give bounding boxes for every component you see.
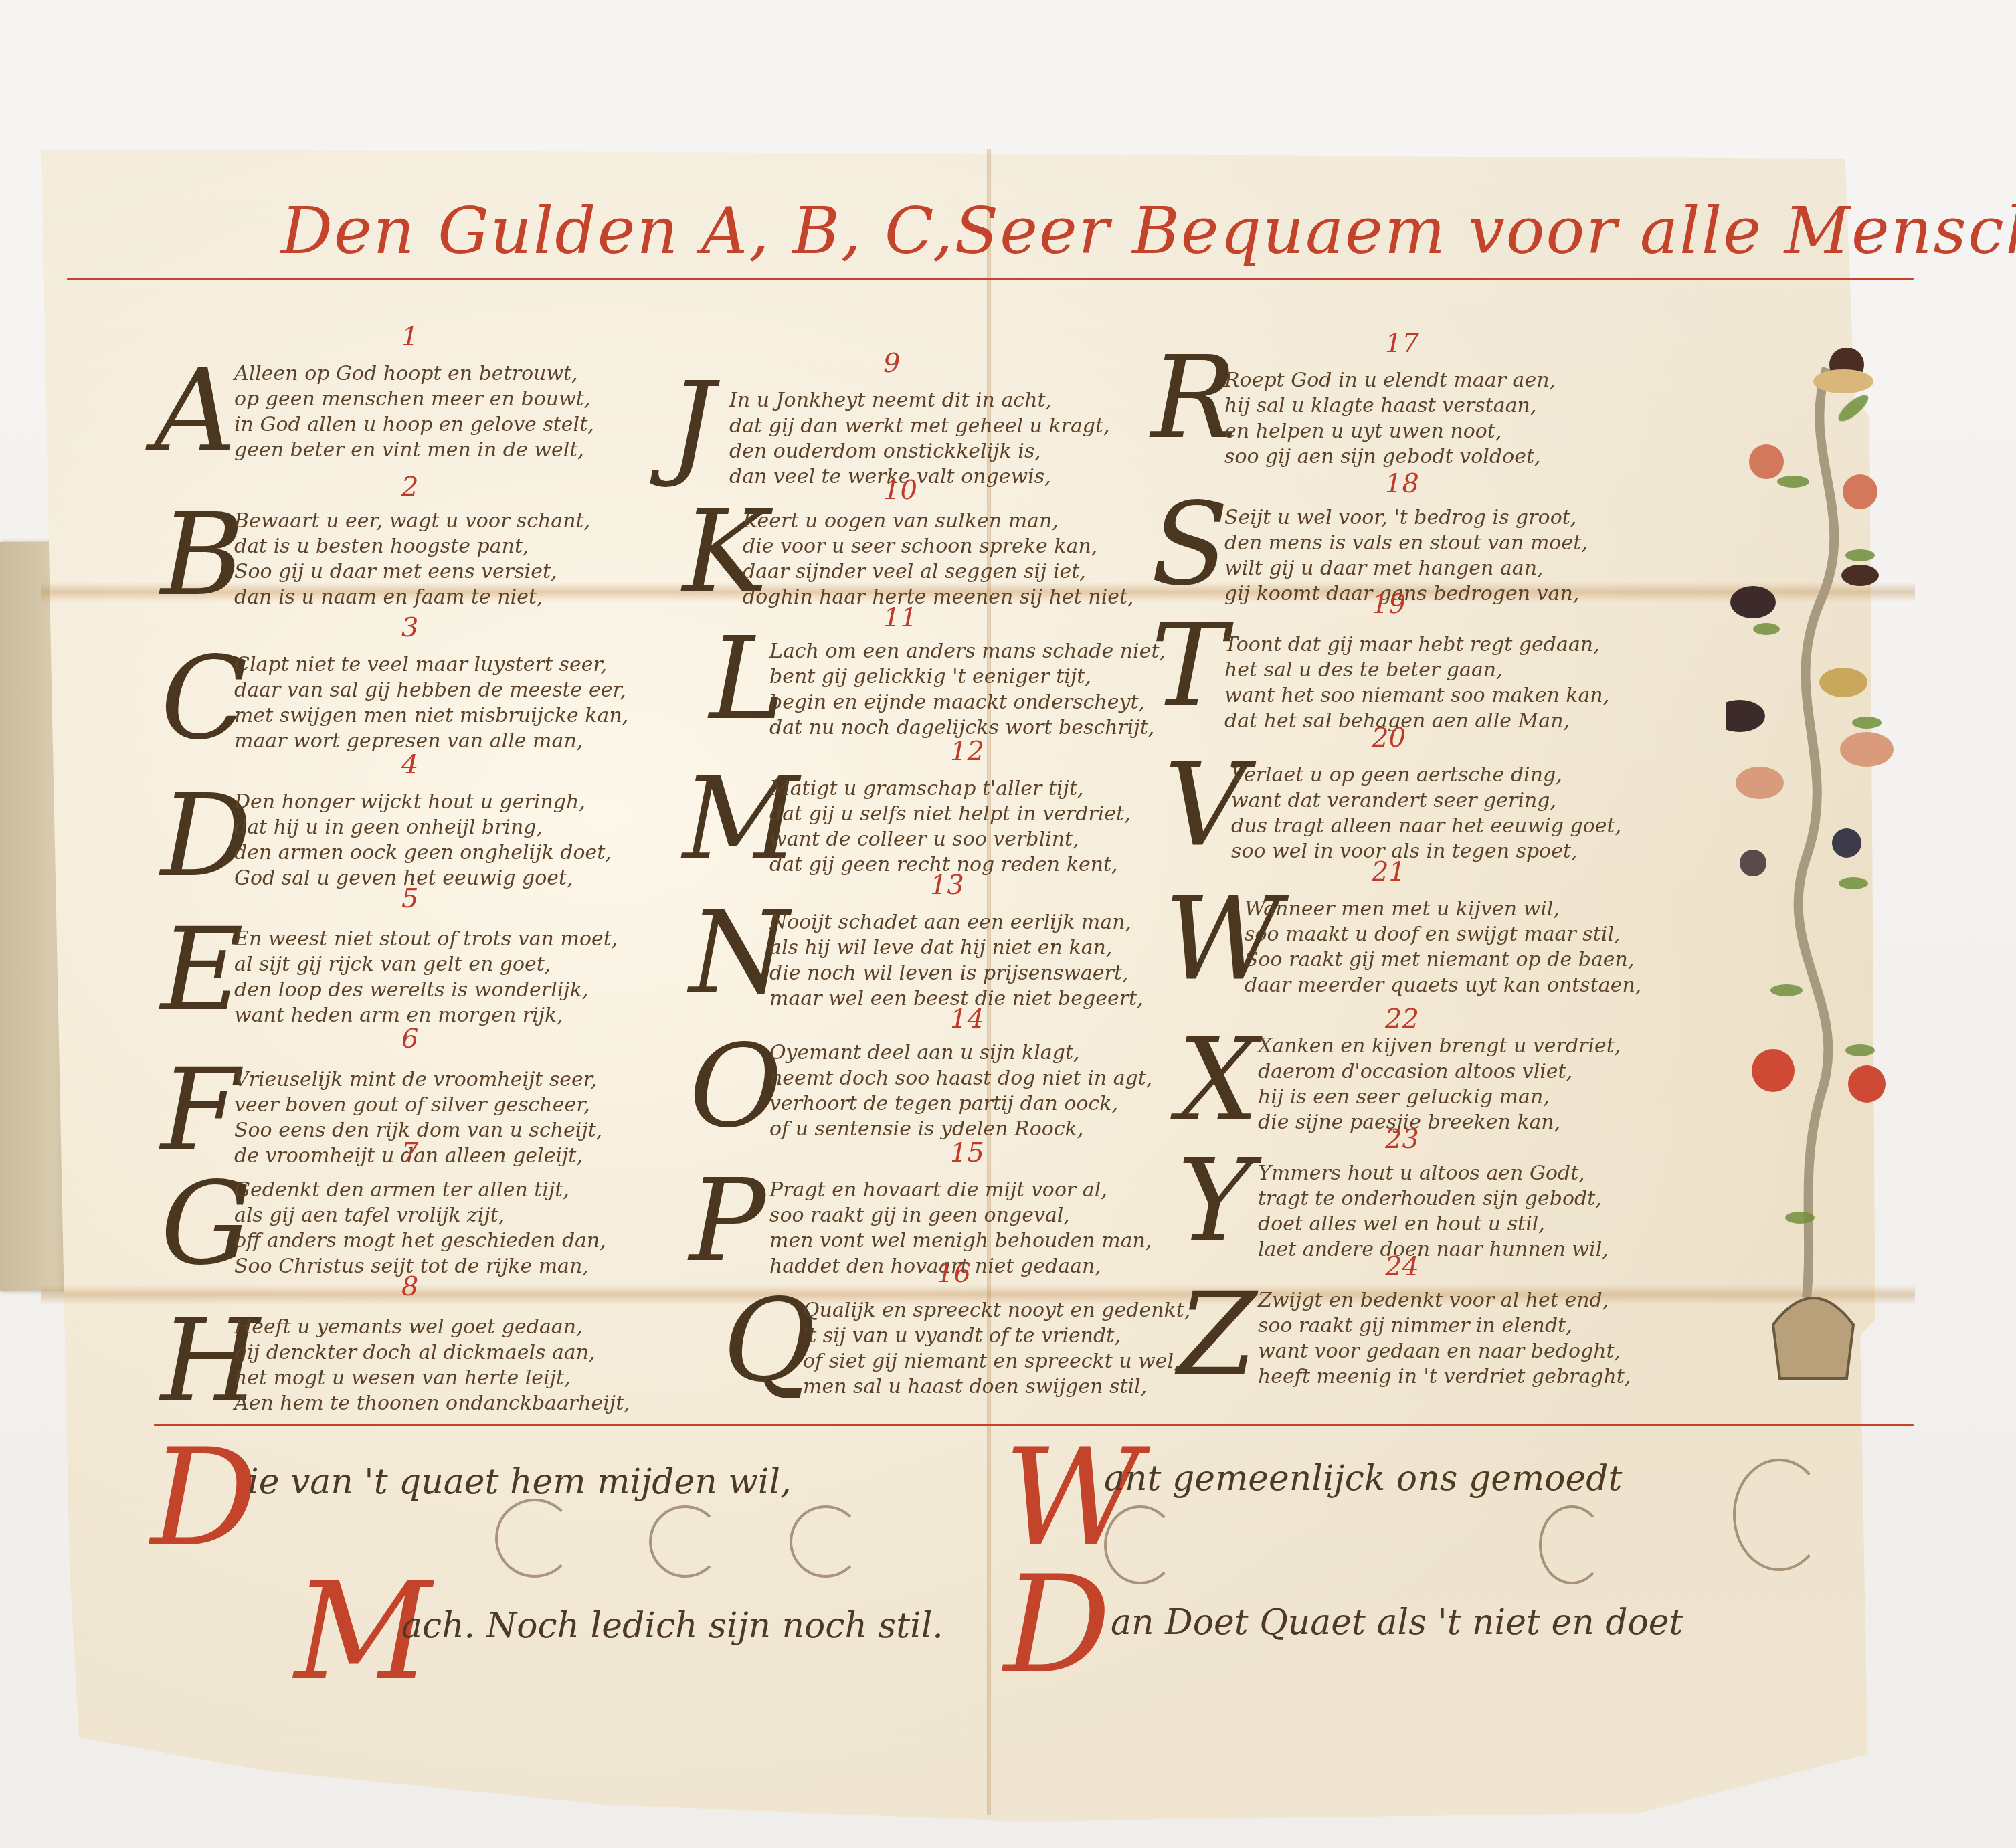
footer-line: an Doet Quaet als 't niet en doet	[1111, 1602, 1683, 1643]
footer-initial: D	[151, 1432, 258, 1566]
entry-number: 15	[950, 1137, 984, 1168]
verse: Xanken en kijven brengt u verdriet,daero…	[1258, 1034, 1621, 1135]
entry-number: 1	[401, 321, 418, 352]
flourish-swirl	[1539, 1505, 1605, 1584]
illuminated-initial: P	[689, 1164, 765, 1278]
flourish-swirl	[495, 1499, 574, 1578]
verse: Den honger wijckt hout u geringh,dat hij…	[234, 790, 612, 891]
verse: Roept God in u elendt maar aen,hij sal u…	[1224, 368, 1556, 470]
footer-line: ant gemeenlijck ons gemoedt	[1104, 1459, 1623, 1499]
flower-vine-illustration	[1726, 348, 1900, 1398]
verse: Bewaart u eer, wagt u voor schant,dat is…	[234, 509, 590, 610]
illuminated-initial: S	[1151, 488, 1228, 602]
entry-number: 4	[401, 749, 418, 780]
entry-number: 3	[401, 612, 418, 643]
flourish-swirl	[1733, 1459, 1825, 1571]
entry-number: 17	[1385, 328, 1419, 359]
entry-number: 16	[937, 1258, 971, 1289]
entry-number: 7	[401, 1137, 418, 1168]
verse: Matigt u gramschap t'aller tijt,dat gij …	[769, 776, 1131, 878]
entry-number: 22	[1385, 1004, 1419, 1034]
entry-number: 18	[1385, 468, 1419, 499]
verse: Lach om een anders mans schade niet,bent…	[769, 639, 1166, 741]
verse: Qualijk en spreeckt nooyt en gedenkt,'t …	[803, 1298, 1190, 1400]
verse: Keert u oogen van sulken man,die voor u …	[743, 509, 1134, 610]
verse: Oyemant deel aan u sijn klagt,neemt doch…	[769, 1040, 1152, 1142]
verse: Zwijgt en bedenkt voor al het end,soo ra…	[1258, 1288, 1631, 1390]
entry-number: 11	[883, 602, 917, 633]
illuminated-initial: J	[669, 368, 715, 482]
entry-number: 2	[401, 472, 418, 502]
illuminated-initial: Z	[1178, 1278, 1257, 1392]
verse: In u Jonkheyt neemt dit in acht,dat gij …	[729, 388, 1110, 490]
illuminated-initial: Q	[723, 1285, 816, 1398]
footer-line: ie van 't quaet hem mijden wil,	[248, 1462, 792, 1502]
verse: Verlaet u op geen aertsche ding,want dat…	[1231, 763, 1621, 864]
verse: Clapt niet te veel maar luystert seer,da…	[234, 652, 628, 754]
illuminated-initial: T	[1151, 609, 1226, 723]
page-title: Den Gulden A, B, C, Seer Bequaem voor al…	[281, 181, 1753, 281]
title-left: Den Gulden A, B, C,	[281, 193, 954, 268]
entry-number: 23	[1385, 1124, 1419, 1155]
verse: Nooijt schadet aan een eerlijk man,als h…	[769, 910, 1143, 1012]
entry-number: 10	[883, 475, 917, 506]
flourish-swirl	[1104, 1505, 1176, 1584]
verse: Seijt u wel voor, 't bedrog is groot,den…	[1224, 505, 1588, 607]
entry-number: 20	[1372, 723, 1406, 753]
verse: Alleen op God hoopt en betrouwt,op geen …	[234, 361, 594, 463]
entry-number: 13	[930, 870, 964, 901]
illuminated-initial: A	[154, 355, 236, 468]
verse: Toont dat gij maar hebt regt gedaan,het …	[1224, 632, 1609, 734]
entry-number: 9	[883, 348, 900, 379]
illuminated-initial: F	[161, 1054, 240, 1168]
entry-number: 21	[1372, 856, 1406, 887]
entry-number: 19	[1372, 589, 1406, 620]
flourish-swirl	[649, 1505, 721, 1578]
footer-initial: D	[1004, 1559, 1111, 1693]
entry-number: 12	[950, 736, 984, 767]
illuminated-initial: B	[161, 498, 244, 612]
entry-number: 24	[1385, 1251, 1419, 1282]
illuminated-initial: R	[1151, 341, 1236, 455]
entry-number: 6	[401, 1024, 418, 1054]
verse: Heeft u yemants wel goet gedaan,gij denc…	[234, 1315, 630, 1416]
title-right: Seer Bequaem voor alle Menschen	[954, 193, 2016, 268]
entry-number: 14	[950, 1004, 984, 1034]
illuminated-initial: O	[689, 1030, 782, 1144]
illuminated-initial: Y	[1178, 1144, 1253, 1258]
verse: En weest niet stout of trots van moet,al…	[234, 927, 618, 1028]
illuminated-initial: E	[161, 913, 244, 1027]
entry-number: 5	[401, 883, 418, 914]
footer-line: ach. Noch ledich sijn noch stil.	[401, 1606, 943, 1646]
verse: Ymmers hout u altoos aen Godt,tragt te o…	[1258, 1161, 1609, 1263]
verse: Gedenkt den armen ter allen tijt,als gij…	[234, 1178, 606, 1279]
flourish-swirl	[790, 1505, 862, 1578]
title-rule	[67, 278, 1914, 280]
verse: Wanneer men met u kijven wil,soo maakt u…	[1245, 897, 1641, 998]
entry-number: 8	[401, 1271, 418, 1302]
illuminated-initial: X	[1178, 1024, 1259, 1137]
